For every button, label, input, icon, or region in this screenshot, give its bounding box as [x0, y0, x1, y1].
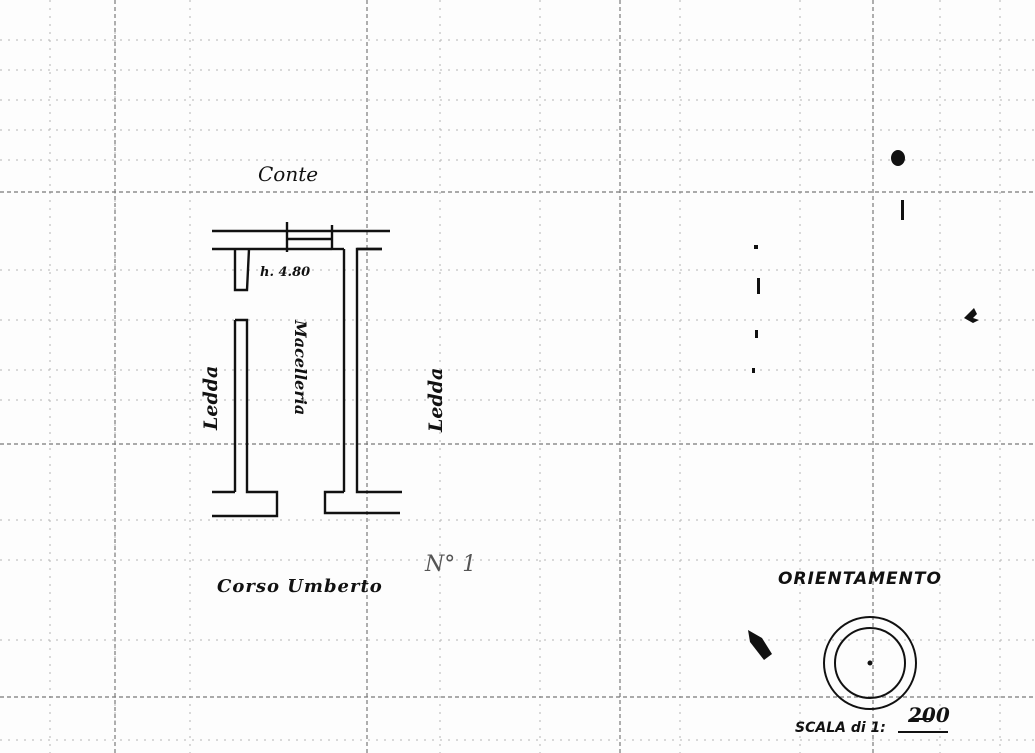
- label-top-street: Conte: [258, 162, 318, 186]
- orientation-compass: [824, 617, 916, 709]
- scan-marks: [748, 150, 979, 720]
- label-left-neighbor: Ledda: [200, 366, 222, 430]
- scale-prefix: SCALA di 1:: [795, 720, 886, 736]
- plan-drawing: [0, 0, 1035, 753]
- floor-plan-sheet: Conte h. 4.80 Ledda Macelleria Ledda Cor…: [0, 0, 1035, 753]
- label-stamp-number: N° 1: [425, 552, 476, 577]
- scale-value: 200: [908, 703, 950, 727]
- main-grid: [0, 0, 1035, 753]
- background-grid: [0, 0, 1035, 753]
- label-room-name: Macelleria: [291, 320, 310, 415]
- label-bottom-street: Corso Umberto: [217, 576, 383, 597]
- orientation-title: ORIENTAMENTO: [778, 569, 942, 589]
- label-ceiling-height: h. 4.80: [260, 265, 310, 280]
- label-right-neighbor: Ledda: [425, 368, 447, 432]
